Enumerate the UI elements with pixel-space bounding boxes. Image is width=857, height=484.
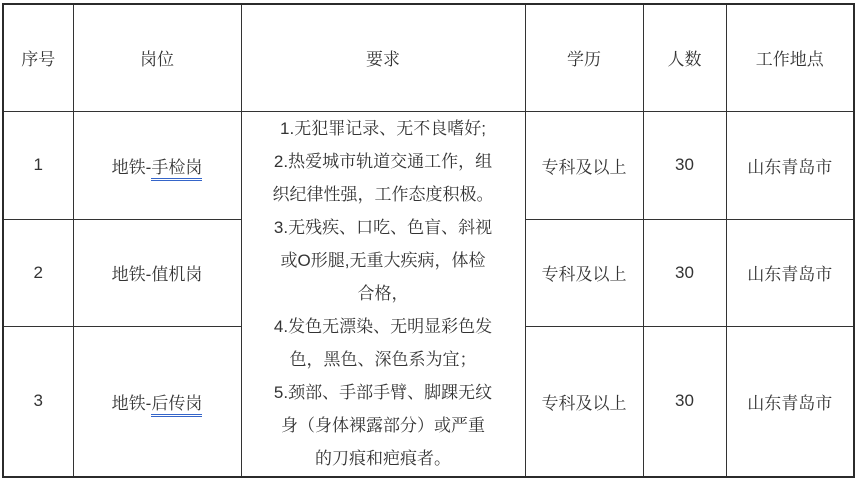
header-cell-location: 工作地点: [726, 4, 854, 111]
cell-location: 山东青岛市: [726, 219, 854, 326]
cell-row-number: 1: [3, 111, 73, 219]
table-row: 1 地铁-手检岗 1.无犯罪记录、无不良嗜好; 2.热爱城市轨道交通工作，组 织…: [3, 111, 854, 219]
cell-requirements-merged: 1.无犯罪记录、无不良嗜好; 2.热爱城市轨道交通工作，组 织纪律性强，工作态度…: [241, 111, 525, 477]
cell-education: 专科及以上: [525, 326, 643, 477]
header-row: 序号 岗位 要求 学历 人数 工作地点: [3, 4, 854, 111]
header-cell-count: 人数: [643, 4, 726, 111]
header-cell-education: 学历: [525, 4, 643, 111]
cell-row-number: 2: [3, 219, 73, 326]
recruitment-table-page: 序号 岗位 要求 学历 人数 工作地点 1 地铁-手检岗 1.无犯罪记录、无不良…: [0, 0, 857, 484]
cell-count: 30: [643, 111, 726, 219]
cell-location: 山东青岛市: [726, 111, 854, 219]
cell-position: 地铁-手检岗: [73, 111, 241, 219]
cell-education: 专科及以上: [525, 219, 643, 326]
cell-location: 山东青岛市: [726, 326, 854, 477]
cell-position: 地铁-后传岗: [73, 326, 241, 477]
position-prefix: 地铁-: [112, 158, 152, 177]
cell-count: 30: [643, 219, 726, 326]
header-cell-requirements: 要求: [241, 4, 525, 111]
position-name-underlined: 手检岗: [151, 158, 202, 181]
cell-row-number: 3: [3, 326, 73, 477]
position-name: 值机岗: [151, 265, 202, 284]
header-cell-no: 序号: [3, 4, 73, 111]
cell-count: 30: [643, 326, 726, 477]
position-prefix: 地铁-: [112, 394, 152, 413]
position-prefix: 地铁-: [112, 265, 152, 284]
cell-position: 地铁-值机岗: [73, 219, 241, 326]
cell-education: 专科及以上: [525, 111, 643, 219]
position-name-underlined: 后传岗: [151, 394, 202, 417]
recruitment-table: 序号 岗位 要求 学历 人数 工作地点 1 地铁-手检岗 1.无犯罪记录、无不良…: [2, 3, 855, 478]
header-cell-position: 岗位: [73, 4, 241, 111]
